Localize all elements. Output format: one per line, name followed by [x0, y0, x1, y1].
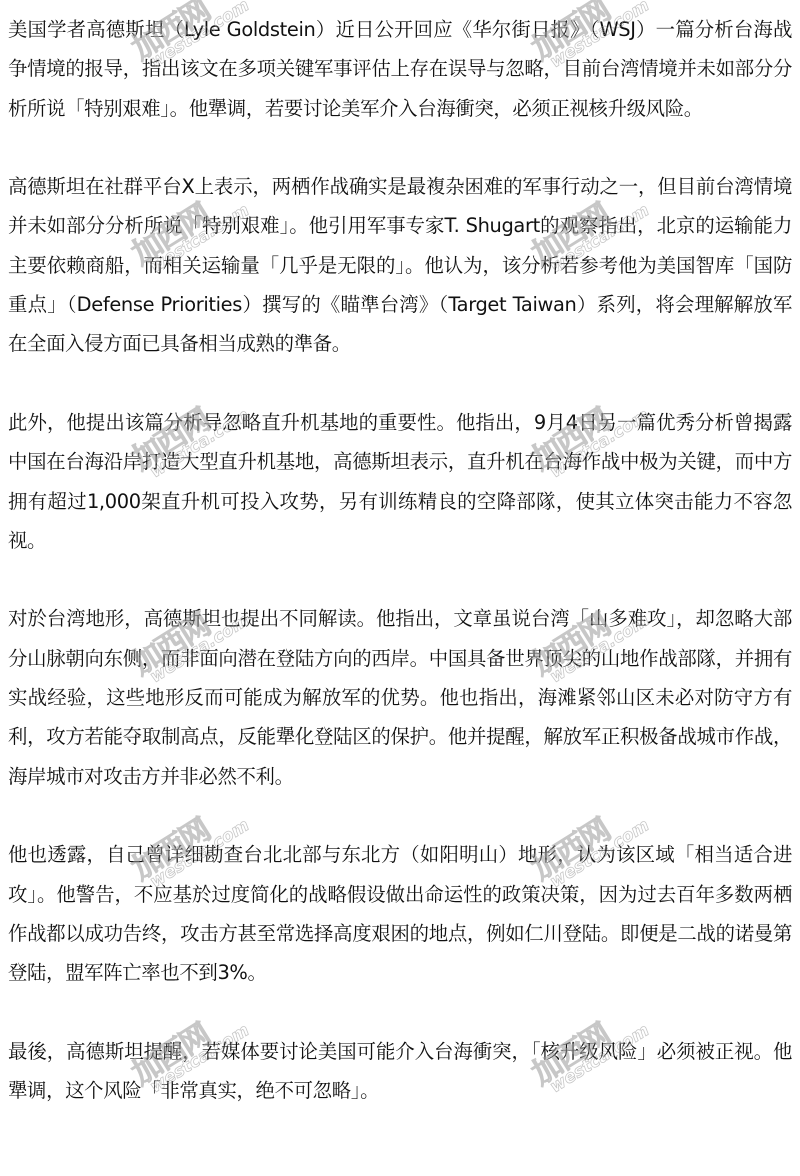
- article-paragraph-1: 美国学者高德斯坦（Lyle Goldstein）近日公开回应《华尔街日报》（WS…: [8, 10, 792, 128]
- article-paragraph-5: 他也透露，自己曾详细勘查台北北部与东北方（如阳明山）地形，认为该区域「相当适合进…: [8, 835, 792, 992]
- article-paragraph-6: 最後，高德斯坦提醒，若媒体要讨论美国可能介入台海衝突，「核升级风险」必须被正视。…: [8, 1032, 792, 1111]
- article-paragraph-3: 此外，他提出该篇分析导忽略直升机基地的重要性。他指出，9月4日另一篇优秀分析曾揭…: [8, 403, 792, 560]
- article-body: 美国学者高德斯坦（Lyle Goldstein）近日公开回应《华尔街日报》（WS…: [0, 0, 800, 1110]
- article-paragraph-2: 高德斯坦在社群平台X上表示，两栖作战确实是最複杂困难的军事行动之一，但目前台湾情…: [8, 167, 792, 363]
- article-paragraph-4: 对於台湾地形，高德斯坦也提出不同解读。他指出，文章虽说台湾「山多难攻」，却忽略大…: [8, 599, 792, 795]
